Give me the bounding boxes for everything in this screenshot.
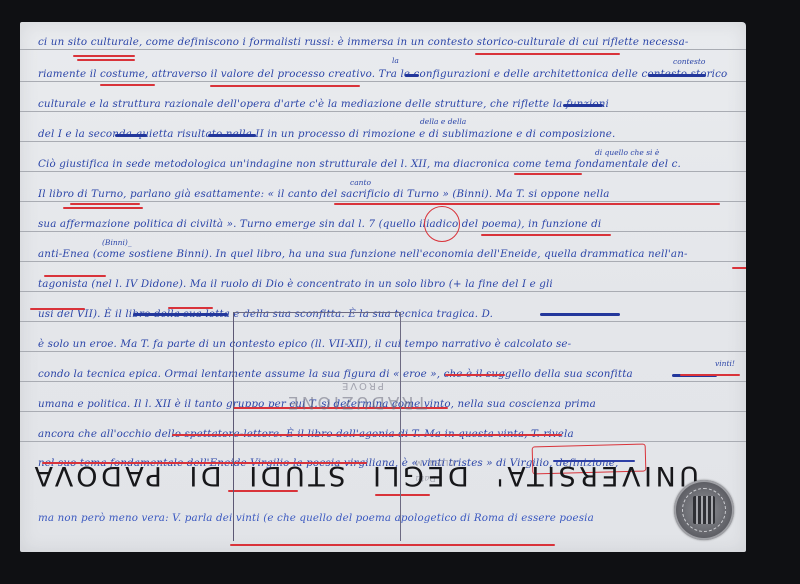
red-underline [680,374,740,376]
ruled-line [20,49,746,50]
ruled-line [20,201,746,202]
stamp-label-traduzione: TRADUZIONE [285,392,427,412]
manuscript-line: Ciò giustifica in sede metodologica un'i… [38,157,728,171]
red-underline [63,207,143,209]
red-underline [100,84,155,86]
red-underline [70,203,140,205]
red-underline [481,234,611,236]
interlinear-note: contesto [673,57,705,66]
interlinear-note: la [392,56,399,65]
manuscript-page: ci un sito culturale, come definiscono i… [20,22,746,552]
manuscript-line: sua affermazione politica di civiltà ». … [38,217,728,231]
manuscript-line: Il libro di Turno, parlano già esattamen… [38,187,728,201]
red-circle-annotation [424,206,460,242]
strikethrough [133,313,228,316]
ruled-line [20,111,746,112]
strikethrough [208,134,256,137]
red-underline [514,173,582,175]
red-underline [230,544,555,546]
red-underline [210,85,360,87]
red-underline [168,307,213,309]
interlinear-note: di quello che si è [595,148,659,157]
manuscript-line: anti-Enea (come sostiene Binni). In quel… [38,247,728,261]
manuscript-line: ci un sito culturale, come definiscono i… [38,35,728,49]
strikethrough [405,74,419,77]
red-underline [77,59,135,61]
university-seal-icon [674,480,734,540]
manuscript-line: tagonista (nel l. IV Didone). Ma il ruol… [38,277,728,291]
ruled-line [20,141,746,142]
strikethrough [115,134,147,137]
stamp-box [233,312,401,541]
red-underline [445,374,505,376]
ruled-line [20,231,746,232]
manuscript-line: riamente il costume, attraverso il valor… [38,67,728,81]
red-underline [732,267,746,269]
red-underline [475,53,620,55]
strikethrough [540,313,620,316]
red-underline [30,308,85,310]
stamp-label-prove: PROVE [340,380,384,391]
red-underline [73,55,135,57]
university-letterhead: UNIVERSITA' DEGLI STUDI DI PADOVA [90,458,640,494]
manuscript-line: culturale e la struttura razionale dell'… [38,97,728,111]
interlinear-note: vinti! [715,359,735,368]
interlinear-note: canto [350,178,371,187]
strikethrough [648,74,706,77]
strikethrough [563,104,603,107]
red-underline [44,275,106,277]
ruled-line [20,171,746,172]
ruled-line [20,291,746,292]
ruled-line [20,261,746,262]
red-underline [334,203,720,205]
interlinear-note: della e della [420,117,466,126]
ruled-line [20,81,746,82]
interlinear-note: (Binni)_ [102,238,132,247]
